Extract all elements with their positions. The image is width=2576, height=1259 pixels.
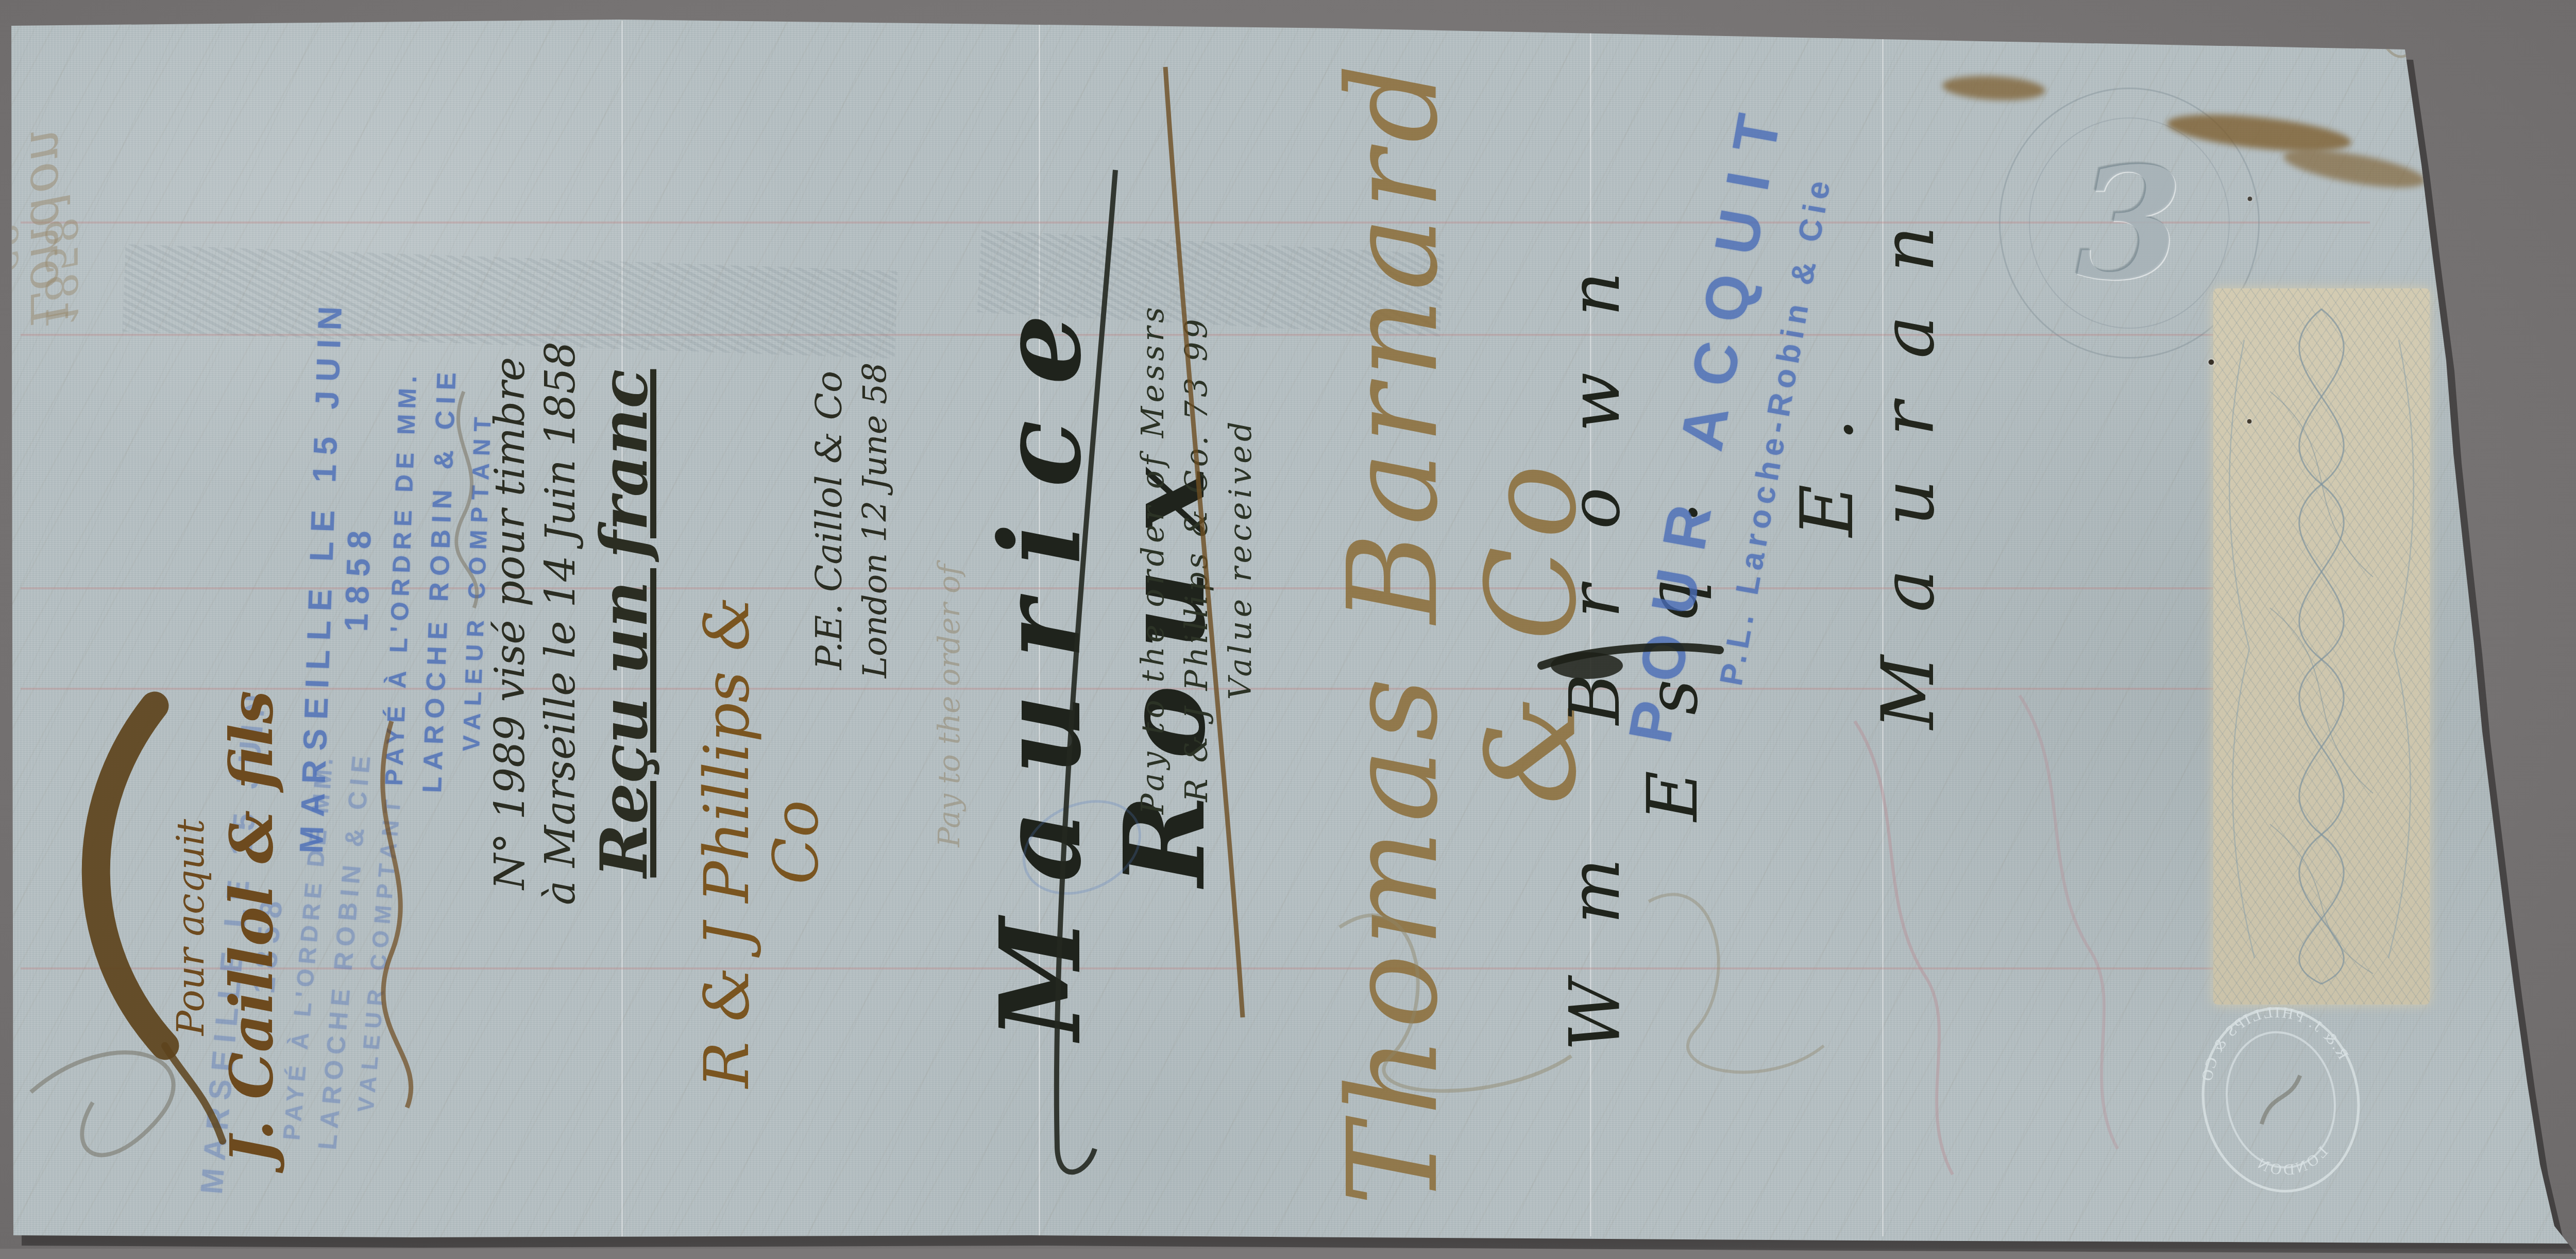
red-wax-speck (594, 0, 617, 8)
seal-inner-mark (2255, 1076, 2308, 1124)
endorsement-line: P.E. Caillol & Co (809, 134, 849, 907)
embossed-oval-seal: R.& J. PHILLIPS & CO LONDON (2180, 989, 2382, 1211)
endorsement-caillol-london: P.E. Caillol & Co London 12 June 58 (809, 134, 938, 907)
endorsement-line: à Marseille le 14 Juin 1858 (537, 46, 584, 1200)
signature-roux: Maurice Roux (979, 129, 1128, 1190)
ghost-line: Pay to the order of (933, 443, 966, 968)
bill-of-exchange-back: London 1858 68 MARSEILLE LE 15 JUIN 1858… (0, 0, 2576, 1249)
endorsement-line: London 12 June 58 (857, 134, 894, 907)
photo-background: London 1858 68 MARSEILLE LE 15 JUIN 1858… (0, 0, 2576, 1249)
svg-text:LONDON: LONDON (2250, 1142, 2334, 1185)
endorsement-line: N° 1989 visé pour timbre (487, 46, 533, 1200)
endorsement-line: Value received (1224, 57, 1258, 1061)
ghost-text-year: 1858 (23, 206, 85, 340)
signature-barnard: Thomas Barnard & Co (1324, 46, 1489, 1216)
duty-mark: 3 (2076, 132, 2183, 314)
endorsement-caillol-fils: Pour acquit J. Caillol & fils (170, 644, 366, 1211)
endorsement-line: J. Caillol & fils (219, 644, 285, 1211)
endorsement-line: R & J Phillips & Co. 73 99 (1180, 57, 1214, 1061)
endorsement-phillips: R & J Phillips & Co (693, 572, 781, 1113)
guilloche-pattern (2213, 288, 2430, 1005)
endorsement-line: Pay to the order of Messrs (1136, 57, 1171, 1061)
ghost-line: 68 (0, 191, 25, 309)
ghost-line: 1858 (36, 206, 85, 340)
endorsement-line: Reçu un franc (588, 46, 660, 1200)
seal-mirrored-group: R.& J. PHILLIPS & CO LONDON (2187, 991, 2373, 1203)
endorsement-line: Pour acquit (170, 644, 212, 1211)
impressed-stamp-panel (2213, 288, 2430, 1005)
endorsement-pay-order: Pay to the order of Messrs R & J Phillip… (1136, 57, 1280, 1061)
seal-text-bottom: LONDON (2250, 1142, 2334, 1185)
ghost-text-amount: 68 (0, 191, 25, 309)
